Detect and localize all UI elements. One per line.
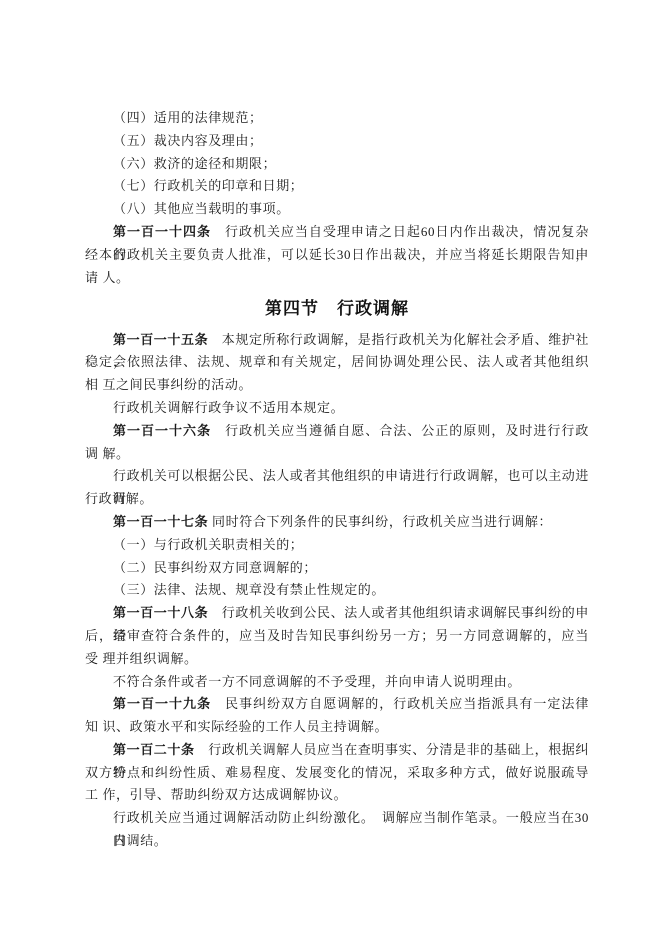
text-line: 工 作，引导、帮助纠纷双方达成调解协议。	[85, 784, 589, 807]
text-segment: （一）与行政机关职责相关的；	[113, 537, 303, 552]
text-line: 调 解。	[85, 443, 589, 466]
document-body: （四）适用的法律规范；（五）裁决内容及理由；（六）救济的途径和期限；（七）行政机…	[85, 107, 589, 853]
document-page: （四）适用的法律规范；（五）裁决内容及理由；（六）救济的途径和期限；（七）行政机…	[0, 0, 664, 929]
article-number: 第一百一十四条	[113, 224, 211, 239]
text-segment: （五）裁决内容及理由；	[113, 133, 263, 148]
text-line: 内调结。	[85, 830, 589, 853]
text-segment: 民事纠纷双方自愿调解的，行政机关应当指派具有一定法律	[211, 696, 589, 711]
article-number: 第一百一十七条	[113, 514, 208, 529]
text-segment: 受 理并组织调解。	[85, 651, 198, 666]
text-segment: 稳定，依照法律、法规、规章和有关规定，居间协调处理公民、法人或者其他组织	[85, 354, 589, 369]
text-line: 后，经审查符合条件的，应当及时告知民事纠纷另一方；另一方同意调解的，应当	[85, 625, 589, 648]
article-number: 第一百一十五条	[113, 332, 208, 347]
text-segment: （二）民事纠纷双方同意调解的；	[113, 560, 317, 575]
text-line: 双方特点和纠纷性质、难易程度、发展变化的情况，采取多种方式，做好说服疏导	[85, 762, 589, 785]
text-line: 第一百一十八条 行政机关收到公民、法人或者其他组织请求调解民事纠纷的申请	[85, 602, 589, 625]
text-line: 知 识、政策水平和实际经验的工作人员主持调解。	[85, 716, 589, 739]
article-number: 第一百二十条	[113, 742, 195, 757]
text-segment: 知 识、政策水平和实际经验的工作人员主持调解。	[85, 719, 388, 734]
article-number: 第四节 行政调解	[265, 299, 409, 318]
text-line: 行政调解。	[85, 488, 589, 511]
text-line: 经本行政机关主要负责人批准，可以延长30日作出裁决，并应当将延长期限告知申	[85, 244, 589, 267]
text-segment: 相 互之间民事纠纷的活动。	[85, 377, 252, 392]
text-segment: （七）行政机关的印章和日期；	[113, 178, 303, 193]
section-title: 第四节 行政调解	[85, 298, 589, 321]
text-line: （二）民事纠纷双方同意调解的；	[85, 557, 589, 580]
text-line: （四）适用的法律规范；	[85, 107, 589, 130]
text-segment: 内调结。	[113, 833, 167, 848]
text-segment: （四）适用的法律规范；	[113, 110, 263, 125]
text-segment: 请 人。	[85, 270, 130, 285]
text-line: 受 理并组织调解。	[85, 648, 589, 671]
text-line: 第一百一十五条 本规定所称行政调解，是指行政机关为化解社会矛盾、维护社会	[85, 329, 589, 352]
text-segment: 不符合条件或者一方不同意调解的不予受理，并向申请人说明理由。	[113, 674, 521, 689]
text-line: 不符合条件或者一方不同意调解的不予受理，并向申请人说明理由。	[85, 671, 589, 694]
text-segment: （八）其他应当载明的事项。	[113, 201, 290, 216]
text-segment: 经本行政机关主要负责人批准，可以延长30日作出裁决，并应当将延长期限告知申	[85, 247, 589, 262]
text-line: 第一百二十条 行政机关调解人员应当在查明事实、分清是非的基础上，根据纠纷	[85, 739, 589, 762]
text-segment: （三）法律、法规、规章没有禁止性规定的。	[113, 582, 385, 597]
text-line: 第一百一十四条 行政机关应当自受理申请之日起60日内作出裁决，情况复杂的，	[85, 221, 589, 244]
text-line: 行政机关应当通过调解活动防止纠纷激化。 调解应当制作笔录。一般应当在30日	[85, 807, 589, 830]
article-number: 第一百一十六条	[113, 423, 211, 438]
text-line: 请 人。	[85, 267, 589, 290]
text-line: 行政机关调解行政争议不适用本规定。	[85, 397, 589, 420]
text-line: （五）裁决内容及理由；	[85, 130, 589, 153]
text-segment: 工 作，引导、帮助纠纷双方达成调解协议。	[85, 787, 347, 802]
text-line: （六）救济的途径和期限；	[85, 153, 589, 176]
text-segment: 行政调解。	[85, 491, 153, 506]
text-line: 第一百一十六条 行政机关应当遵循自愿、合法、公正的原则，及时进行行政	[85, 420, 589, 443]
text-line: （八）其他应当载明的事项。	[85, 198, 589, 221]
text-segment: 后，经审查符合条件的，应当及时告知民事纠纷另一方；另一方同意调解的，应当	[85, 628, 589, 643]
text-segment: 行政机关应当遵循自愿、合法、公正的原则，及时进行行政	[211, 423, 589, 438]
text-line: 行政机关可以根据公民、法人或者其他组织的申请进行行政调解，也可以主动进行	[85, 465, 589, 488]
text-line: （三）法律、法规、规章没有禁止性规定的。	[85, 579, 589, 602]
text-line: 相 互之间民事纠纷的活动。	[85, 374, 589, 397]
text-line: （一）与行政机关职责相关的；	[85, 534, 589, 557]
text-segment: （六）救济的途径和期限；	[113, 156, 276, 171]
text-line: 第一百一十九条 民事纠纷双方自愿调解的，行政机关应当指派具有一定法律	[85, 693, 589, 716]
text-segment: 行政机关调解行政争议不适用本规定。	[113, 400, 344, 415]
text-line: 第一百一十七条 同时符合下列条件的民事纠纷，行政机关应当进行调解：	[85, 511, 589, 534]
text-segment: 同时符合下列条件的民事纠纷，行政机关应当进行调解：	[208, 514, 552, 529]
text-segment: 调 解。	[85, 446, 130, 461]
article-number: 第一百一十九条	[113, 696, 211, 711]
text-segment: 双方特点和纠纷性质、难易程度、发展变化的情况，采取多种方式，做好说服疏导	[85, 765, 589, 780]
text-line: （七）行政机关的印章和日期；	[85, 175, 589, 198]
article-number: 第一百一十八条	[113, 605, 208, 620]
text-line: 稳定，依照法律、法规、规章和有关规定，居间协调处理公民、法人或者其他组织	[85, 351, 589, 374]
